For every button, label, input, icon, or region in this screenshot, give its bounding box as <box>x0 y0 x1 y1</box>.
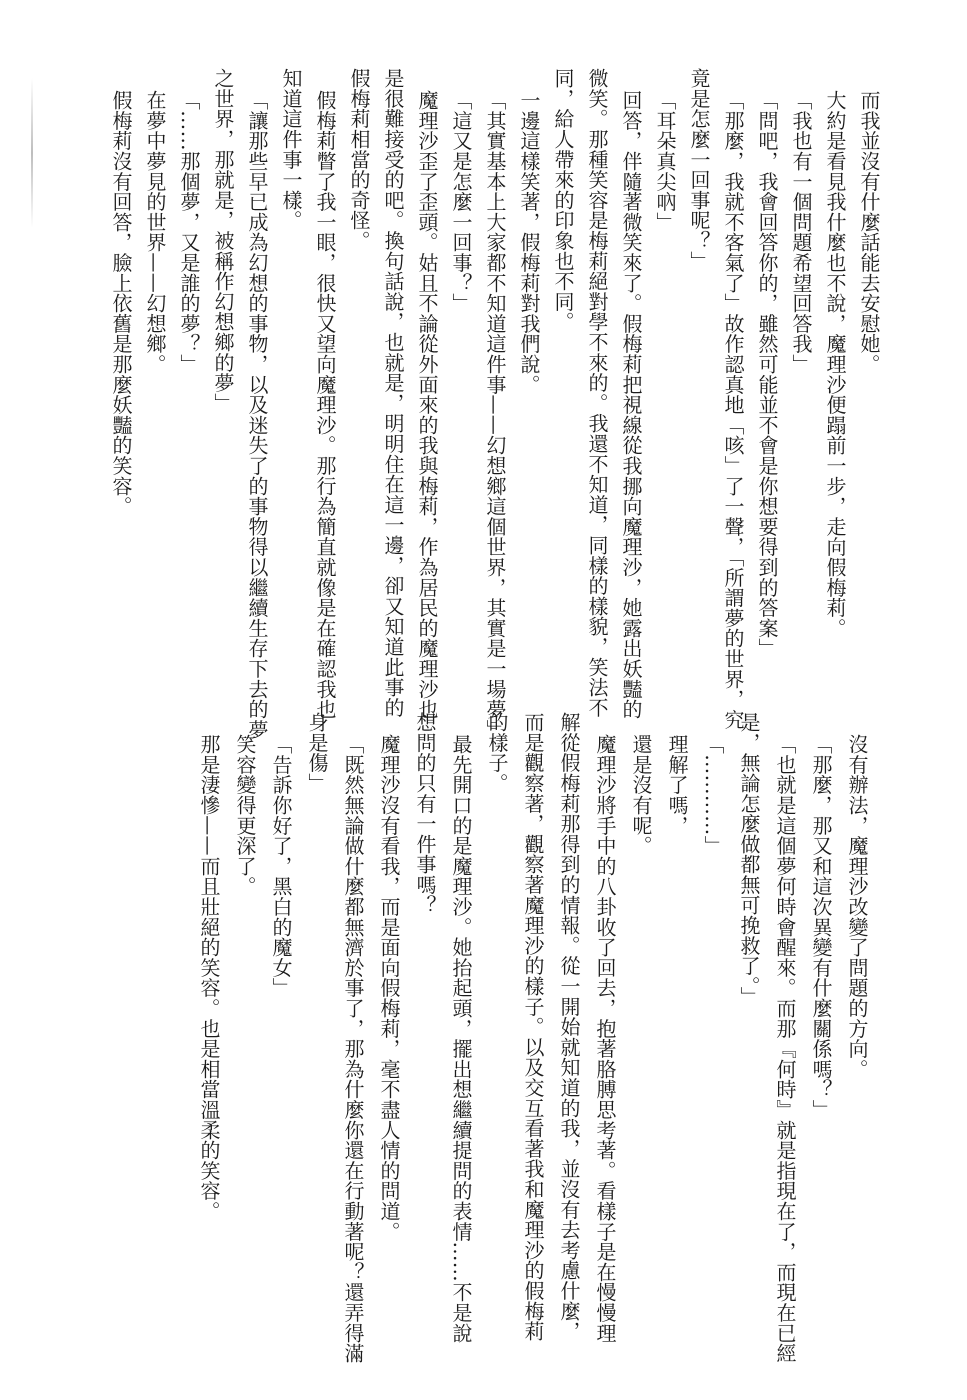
vertical-text-line: 是，無論怎麼做都無可挽救了。」 <box>731 712 767 1367</box>
vertical-text-line: 是很難接受的吧。換句話說，也就是，明明住在這一邊，卻又知道此事的 <box>376 68 410 723</box>
vertical-text-line: 最先開口的是魔理沙。她抬起頭，擺出想繼續提問的表情……不是說 <box>443 712 479 1367</box>
vertical-text-line: 之世界，那就是，被稱作幻想鄉的夢」 <box>206 68 240 723</box>
vertical-text-line: 回答，伴隨著微笑來了。假梅莉把視線從我挪向魔理沙，她露出妖豔的 <box>614 68 648 723</box>
vertical-text-block-bottom: 沒有辦法，魔理沙改變了問題的方向。「那麼，那又和這次異變有什麼關係嗎？」「也就是… <box>191 712 875 1367</box>
vertical-text-line: 而是觀察著，觀察著魔理沙的樣子。以及交互看著我和魔理沙的假梅莉 <box>515 712 551 1367</box>
vertical-text-line: 那是淒慘——而且壯絕的笑容。也是相當溫柔的笑容。 <box>191 712 227 1367</box>
vertical-text-line: 沒有辦法，魔理沙改變了問題的方向。 <box>839 712 875 1367</box>
vertical-text-line: 「也就是這個夢何時會醒來。而那『何時』就是指現在了，而現在已經 <box>767 712 803 1367</box>
vertical-text-line: 知道這件事一樣。 <box>274 68 308 723</box>
vertical-text-block-top: 而我並沒有什麼話能去安慰她。大約是看見我什麼也不說，魔理沙便蹋前一步，走向假梅莉… <box>104 68 886 723</box>
vertical-text-line: 笑容變得更深了。 <box>227 712 263 1367</box>
scanned-book-page: 而我並沒有什麼話能去安慰她。大約是看見我什麼也不說，魔理沙便蹋前一步，走向假梅莉… <box>0 0 967 1400</box>
vertical-text-line: 「耳朵真尖吶」 <box>648 68 682 723</box>
vertical-text-line: 「讓那些早已成為幻想的事物，以及迷失了的事物得以繼續生存下去的夢 <box>240 68 274 723</box>
vertical-text-line: 假梅莉相當的奇怪。 <box>342 68 376 723</box>
vertical-text-line: 理解了嗎， <box>659 712 695 1367</box>
vertical-text-line: 「那麼，那又和這次異變有什麼關係嗎？」 <box>803 712 839 1367</box>
vertical-text-line: 魔理沙將手中的八卦收了回去，抱著胳膊思考著。看樣子是在慢慢理 <box>587 712 623 1367</box>
vertical-text-line: 魔理沙沒有看我，而是面向假梅莉，毫不盡人情的問道。 <box>371 712 407 1367</box>
vertical-text-line: 想問的只有一件事嗎？ <box>407 712 443 1367</box>
vertical-text-line: 同，給人帶來的印象也不同。 <box>546 68 580 723</box>
scan-edge-artifact <box>31 78 33 228</box>
vertical-text-line: 微笑。那種笑容是梅莉絕對學不來的。我還不知道，同樣的樣貌，笑法不 <box>580 68 614 723</box>
vertical-text-line: 「這又是怎麼一回事？」 <box>444 68 478 723</box>
vertical-text-line: 「問吧，我會回答你的，雖然可能並不會是你想要得到的答案」 <box>750 68 784 723</box>
vertical-text-line: 假梅莉瞥了我一眼，很快又望向魔理沙。那行為簡直就像是在確認我也 <box>308 68 342 723</box>
vertical-text-line: 竟是怎麼一回事呢？」 <box>682 68 716 723</box>
vertical-text-line: 「那麼，我就不客氣了」故作認真地「咳」了一聲，「所謂夢的世界，究 <box>716 68 750 723</box>
vertical-text-line: 一邊這樣笑著，假梅莉對我們說。 <box>512 68 546 723</box>
vertical-text-line: 而我並沒有什麼話能去安慰她。 <box>852 68 886 723</box>
vertical-text-line: 魔理沙歪了歪頭。姑且不論從外面來的我與梅莉，作為居民的魔理沙也 <box>410 68 444 723</box>
vertical-text-line: 的樣子。 <box>479 712 515 1367</box>
vertical-text-line: 解從假梅莉那得到的情報。從一開始就知道的我，並沒有去考慮什麼， <box>551 712 587 1367</box>
vertical-text-line: 身是傷」 <box>299 712 335 1367</box>
vertical-text-line: 「……那個夢，又是誰的夢？」 <box>172 68 206 723</box>
vertical-text-line: 「其實基本上大家都不知道這件事——幻想鄉這個世界，其實是一場夢」 <box>478 68 512 723</box>
vertical-text-line: 還是沒有呢。 <box>623 712 659 1367</box>
vertical-text-line: 在夢中夢見的世界——幻想鄉。 <box>138 68 172 723</box>
vertical-text-line: 大約是看見我什麼也不說，魔理沙便蹋前一步，走向假梅莉。 <box>818 68 852 723</box>
vertical-text-line: 「告訴你好了，黑白的魔女」 <box>263 712 299 1367</box>
vertical-text-line: 「我也有一個問題希望回答我」 <box>784 68 818 723</box>
vertical-text-line: 「既然無論做什麼都無濟於事了，那為什麼你還在行動著呢？還弄得滿 <box>335 712 371 1367</box>
vertical-text-line: 假梅莉沒有回答，臉上依舊是那麼妖豔的笑容。 <box>104 68 138 723</box>
vertical-text-line: 「…………」 <box>695 712 731 1367</box>
